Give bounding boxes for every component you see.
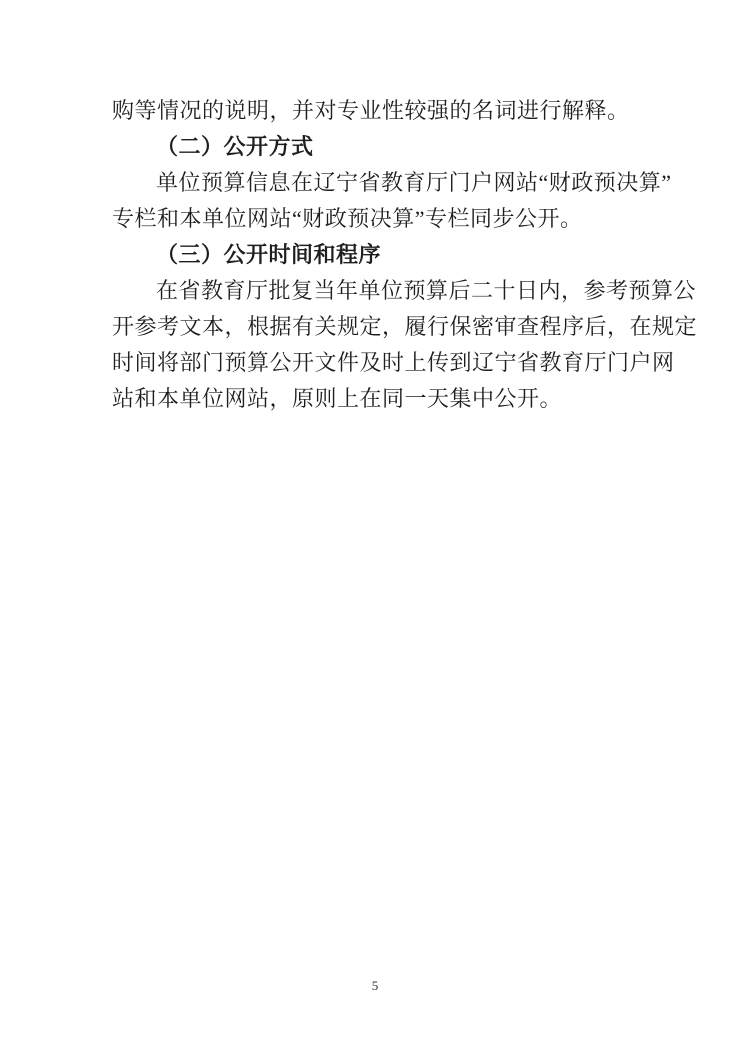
document-line: 购等情况的说明，并对专业性较强的名词进行解释。 bbox=[112, 93, 640, 129]
document-line: 站和本单位网站，原则上在同一天集中公开。 bbox=[112, 381, 640, 417]
document-line: 专栏和本单位网站“财政预决算”专栏同步公开。 bbox=[112, 201, 640, 237]
document-line: 单位预算信息在辽宁省教育厅门户网站“财政预决算” bbox=[112, 165, 640, 201]
page-footer: 5 bbox=[0, 977, 750, 995]
section-heading: （二）公开方式 bbox=[112, 129, 640, 165]
document-page: 购等情况的说明，并对专业性较强的名词进行解释。 （二）公开方式 单位预算信息在辽… bbox=[0, 0, 750, 1061]
document-line: 时间将部门预算公开文件及时上传到辽宁省教育厅门户网 bbox=[112, 345, 640, 381]
section-heading: （三）公开时间和程序 bbox=[112, 237, 640, 273]
document-body: 购等情况的说明，并对专业性较强的名词进行解释。 （二）公开方式 单位预算信息在辽… bbox=[112, 93, 640, 417]
page-number: 5 bbox=[372, 978, 379, 993]
document-line: 在省教育厅批复当年单位预算后二十日内，参考预算公 bbox=[112, 273, 640, 309]
document-line: 开参考文本，根据有关规定，履行保密审查程序后，在规定 bbox=[112, 309, 640, 345]
